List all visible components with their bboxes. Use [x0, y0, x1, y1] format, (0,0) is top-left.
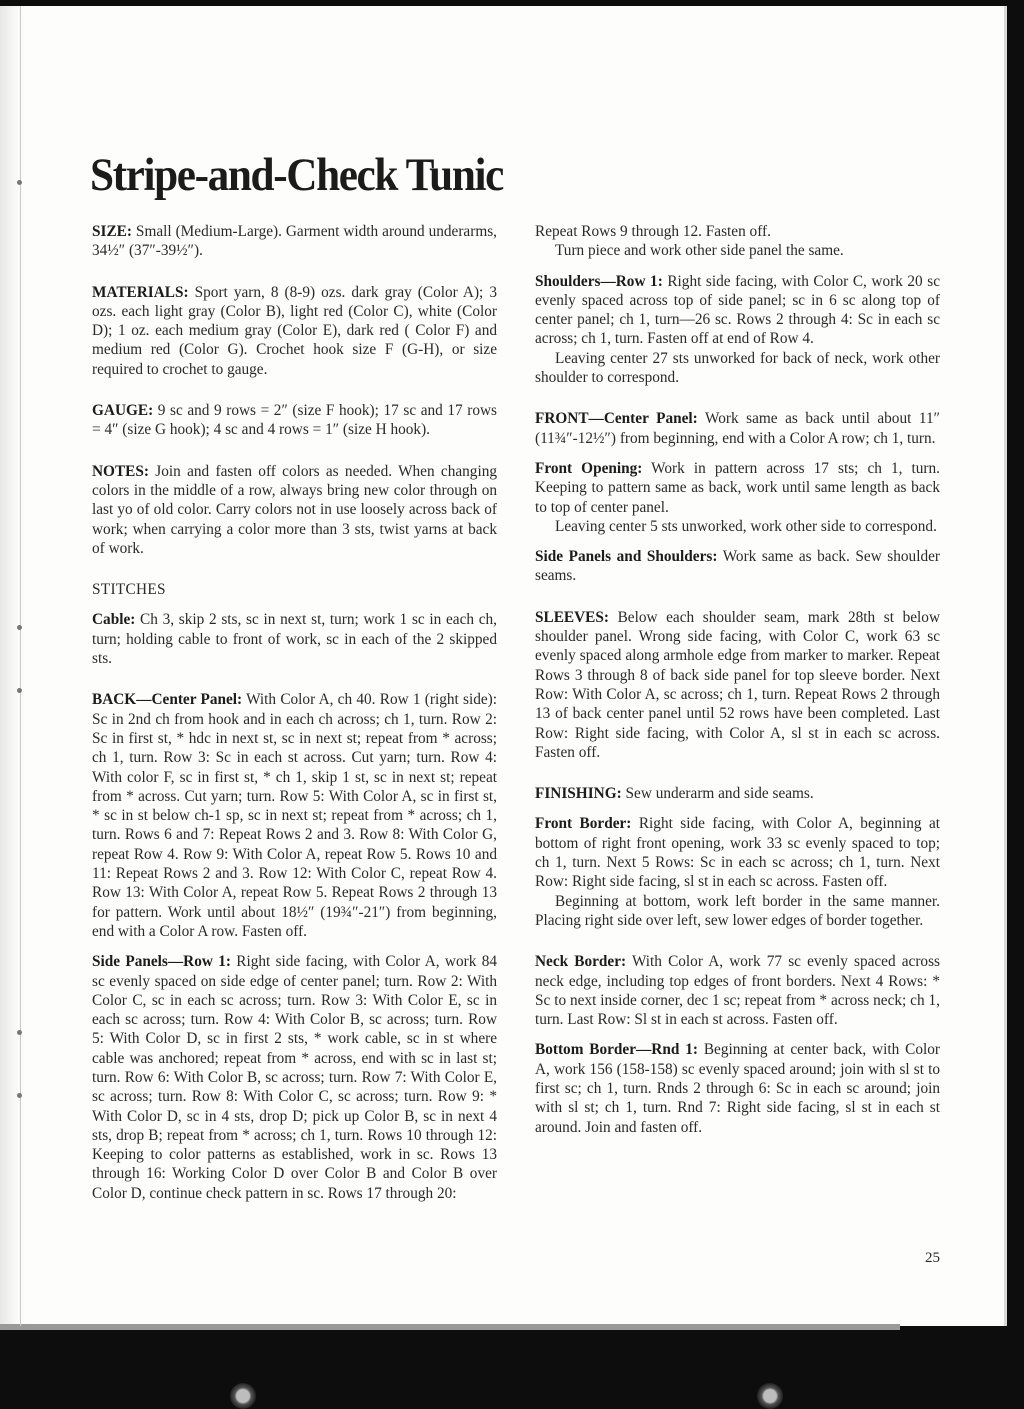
notes-label: NOTES: [92, 463, 149, 480]
binding-notch [17, 625, 22, 630]
notes-text: Join and fasten off colors as needed. Wh… [92, 463, 497, 557]
repeat-rows-text: Repeat Rows 9 through 12. Fasten off. [535, 223, 771, 240]
binding-line [20, 6, 21, 1326]
leaving-center-5-text: Leaving center 5 sts unworked, work othe… [555, 518, 937, 535]
bottom-border-paragraph: Bottom Border—Rnd 1: Beginning at center… [535, 1040, 940, 1136]
cable-label: Cable: [92, 611, 135, 628]
leaving-center-5-paragraph: Leaving center 5 sts unworked, work othe… [535, 517, 940, 536]
sleeves-paragraph: SLEEVES: Below each shoulder seam, mark … [535, 608, 940, 762]
size-text: Small (Medium-Large). Garment width arou… [92, 223, 497, 259]
finishing-label: FINISHING: [535, 785, 622, 802]
page-title: Stripe-and-Check Tunic [90, 148, 503, 202]
materials-label: MATERIALS: [92, 284, 189, 301]
gauge-paragraph: GAUGE: 9 sc and 9 rows = 2″ (size F hook… [92, 401, 497, 440]
gauge-text: 9 sc and 9 rows = 2″ (size F hook); 17 s… [92, 402, 497, 438]
size-paragraph: SIZE: Small (Medium-Large). Garment widt… [92, 222, 497, 261]
gauge-label: GAUGE: [92, 402, 153, 419]
leaving-center-paragraph: Leaving center 27 sts unworked for back … [535, 349, 940, 388]
front-center-panel-label: FRONT—Center Panel: [535, 410, 698, 427]
side-panels-paragraph: Side Panels—Row 1: Right side facing, wi… [92, 952, 497, 1203]
cable-paragraph: Cable: Ch 3, skip 2 sts, sc in next st, … [92, 610, 497, 668]
stitches-heading: STITCHES [92, 580, 497, 599]
left-border-text: Beginning at bottom, work left border in… [535, 893, 940, 929]
finishing-paragraph: FINISHING: Sew underarm and side seams. [535, 784, 940, 803]
repeat-rows-paragraph: Repeat Rows 9 through 12. Fasten off. [535, 222, 940, 241]
sleeves-text: Below each shoulder seam, mark 28th st b… [535, 609, 940, 761]
page-edge [0, 1324, 900, 1330]
finishing-text: Sew underarm and side seams. [622, 785, 814, 802]
left-column: SIZE: Small (Medium-Large). Garment widt… [92, 222, 497, 1214]
side-panels-shoulders-paragraph: Side Panels and Shoulders: Work same as … [535, 547, 940, 586]
binding-notch [17, 1093, 22, 1098]
front-border-label: Front Border: [535, 815, 631, 832]
turn-piece-paragraph: Turn piece and work other side panel the… [535, 241, 940, 260]
front-border-paragraph: Front Border: Right side facing, with Co… [535, 814, 940, 891]
side-panels-shoulders-label: Side Panels and Shoulders: [535, 548, 717, 565]
sleeves-label: SLEEVES: [535, 609, 609, 626]
binding-notch [17, 1030, 22, 1035]
back-center-panel-label: BACK—Center Panel: [92, 691, 242, 708]
neck-border-paragraph: Neck Border: With Color A, work 77 sc ev… [535, 952, 940, 1029]
scanner-screw-icon [230, 1383, 256, 1409]
size-label: SIZE: [92, 223, 132, 240]
back-center-panel-paragraph: BACK—Center Panel: With Color A, ch 40. … [92, 690, 497, 941]
side-panels-label: Side Panels—Row 1: [92, 953, 231, 970]
scanner-screw-icon [757, 1383, 783, 1409]
front-opening-paragraph: Front Opening: Work in pattern across 17… [535, 459, 940, 517]
shoulders-paragraph: Shoulders—Row 1: Right side facing, with… [535, 272, 940, 349]
materials-paragraph: MATERIALS: Sport yarn, 8 (8-9) ozs. dark… [92, 283, 497, 379]
cable-text: Ch 3, skip 2 sts, sc in next st, turn; w… [92, 611, 497, 667]
page-number: 25 [925, 1250, 940, 1267]
front-opening-label: Front Opening: [535, 460, 642, 477]
binding-notch [17, 688, 22, 693]
neck-border-label: Neck Border: [535, 953, 626, 970]
right-column: Repeat Rows 9 through 12. Fasten off. Tu… [535, 222, 940, 1148]
side-panels-text: Right side facing, with Color A, work 84… [92, 953, 497, 1202]
bottom-border-label: Bottom Border—Rnd 1: [535, 1041, 698, 1058]
leaving-center-text: Leaving center 27 sts unworked for back … [535, 350, 940, 386]
back-center-panel-text: With Color A, ch 40. Row 1 (right side):… [92, 691, 497, 940]
binding-notch [17, 180, 22, 185]
front-center-panel-paragraph: FRONT—Center Panel: Work same as back un… [535, 409, 940, 448]
notes-paragraph: NOTES: Join and fasten off colors as nee… [92, 462, 497, 558]
left-border-paragraph: Beginning at bottom, work left border in… [535, 892, 940, 931]
shoulders-label: Shoulders—Row 1: [535, 273, 663, 290]
turn-piece-text: Turn piece and work other side panel the… [555, 242, 844, 259]
